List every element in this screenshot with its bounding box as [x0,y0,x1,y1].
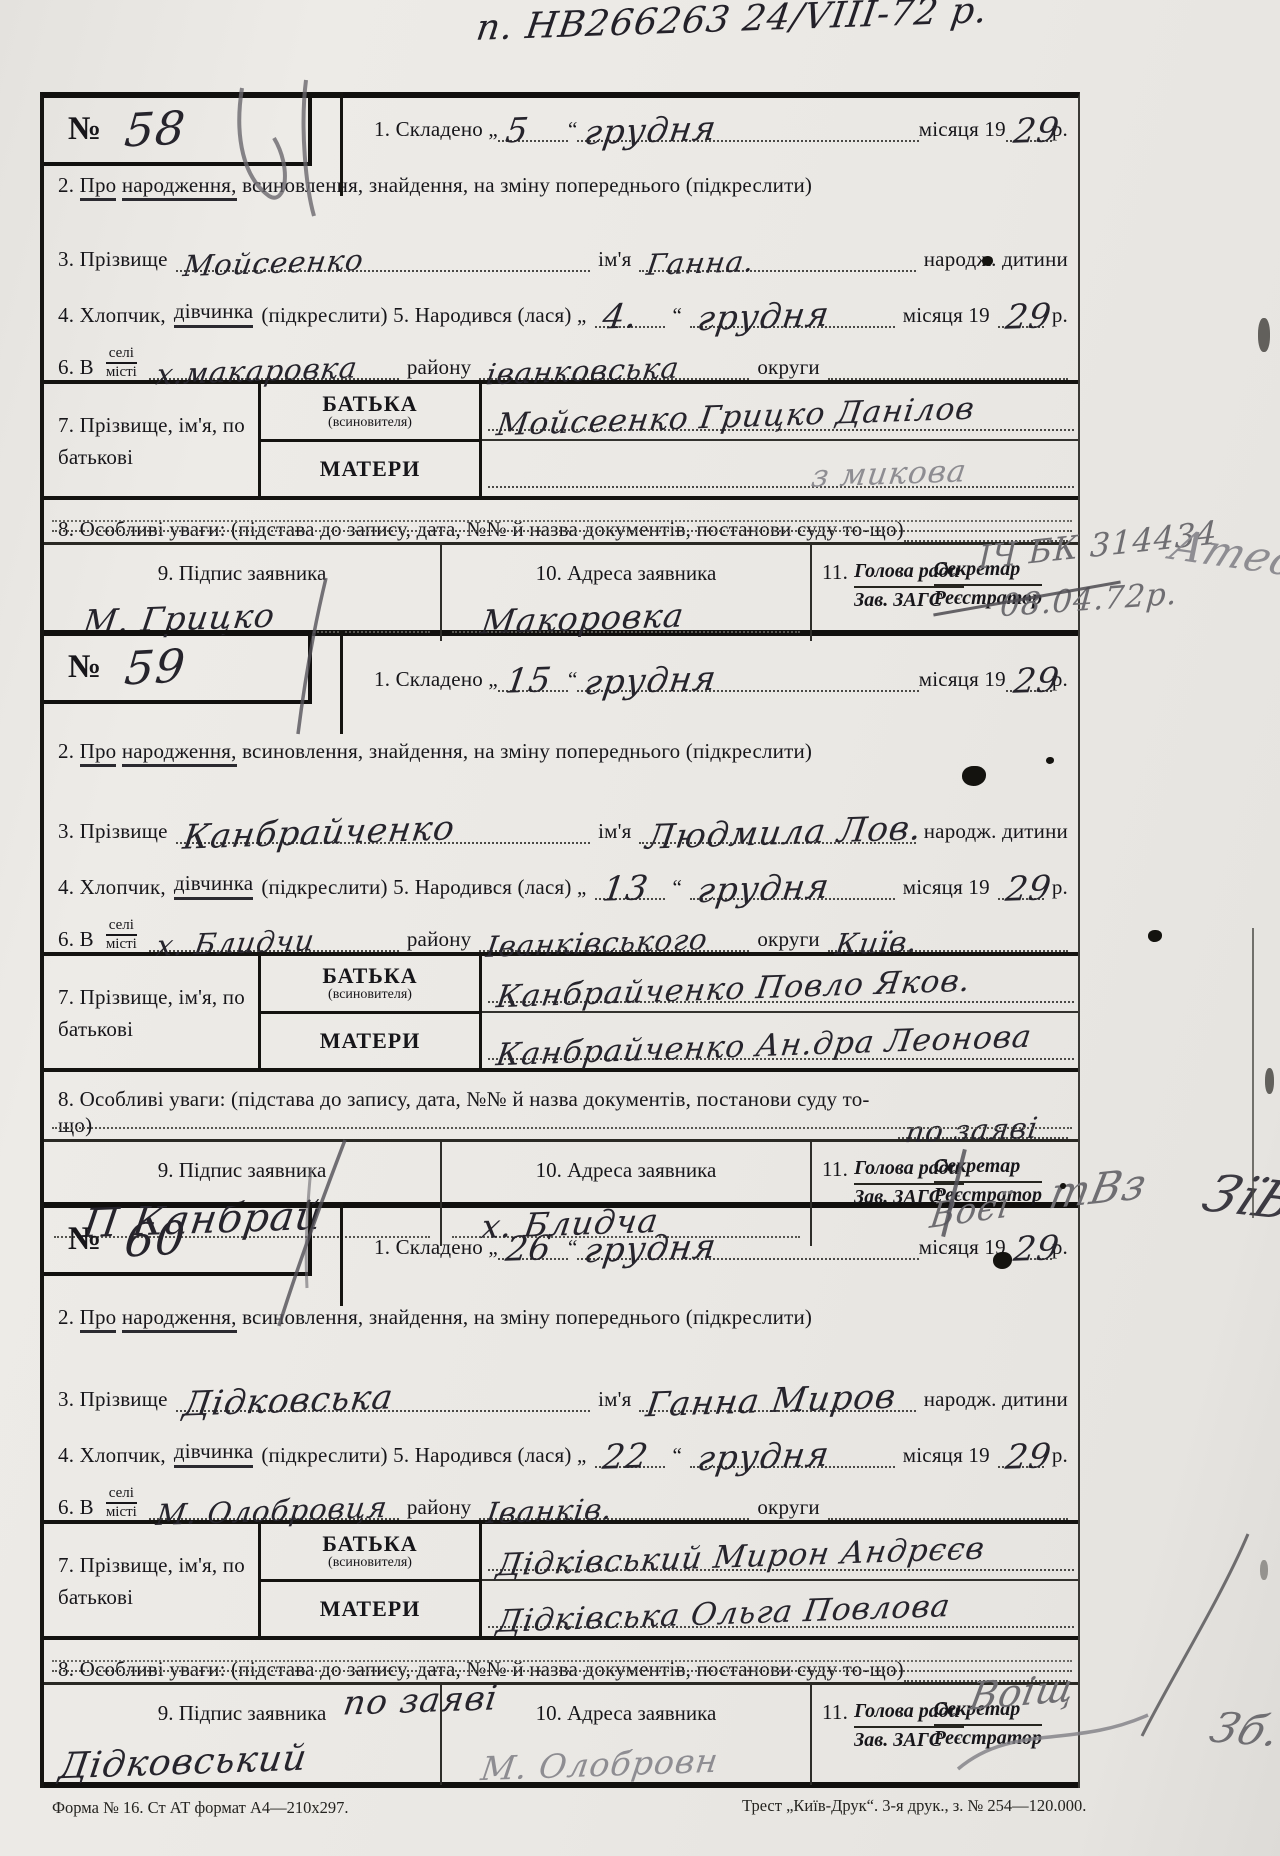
signature-label: 9. Підпис заявника [44,1685,440,1726]
label: (підкреслити) 5. Народився (лася) „ [261,874,586,900]
born-month: грудня [695,298,832,337]
child-name: Ганна Миров [644,1380,899,1423]
composed-month: грудня [583,662,720,701]
child-name: Ганна. [645,247,757,280]
label: “ [568,1234,578,1260]
adopter-label: (всиновителя) [261,415,479,431]
record-number-box: № 59 [44,630,312,704]
mother-label: МАТЕРИ [261,1028,479,1054]
adopter-label: (всиновителя) [261,1555,479,1571]
record-60: № 60 1. Складено „ 26 “ грудня місяця 19… [44,1208,1078,1788]
label: 6. В [58,1494,94,1520]
label: р. [1052,1442,1068,1468]
label: місяця 19 [919,666,1006,692]
born-day: 4. [600,299,639,334]
father-label: БАТЬКА [261,963,479,989]
okruha: Київ. [834,928,920,960]
label: всиновлення, знайдення, на зміну поперед… [242,739,812,763]
label: місті [106,936,137,953]
label: “ [673,302,683,328]
composed-year: 29 [1011,113,1061,149]
composed-line: 1. Складено „ 5 “ грудня місяця 19 29 р. [374,114,1068,142]
composed-line: 1. Складено „ 26 “ грудня місяця 19 29 р… [374,1232,1068,1260]
mother-cell: МАТЕРИ [261,1582,479,1637]
label: 3. Прізвище [58,246,168,272]
label: “ [673,874,683,900]
applicant-address: Макоровка [479,598,686,638]
label: місяця 19 [903,1442,990,1468]
field-2: 2. Про народження, всиновлення, знайденн… [44,162,1078,212]
label: 6. В [58,354,94,380]
mother-label: МАТЕРИ [261,1596,479,1622]
scanned-registry-page: п. НВ266263 24/VIII-72 р. № 58 1. Складе… [0,0,1280,1856]
village-town-choice: селі місті [106,345,137,380]
label: 6. В [58,926,94,952]
label: району [407,926,472,952]
record-58: № 58 1. Складено „ 5 “ грудня місяця 19 … [44,98,1078,636]
composed-day: 15 [503,663,553,699]
parents-label: 7. Прізвище, ім'я, по батькові [44,384,258,496]
label: 2. [58,173,74,197]
label: народж. дитини [924,818,1068,844]
address-label: 10. Адреса заявника [442,1142,810,1183]
label: ім'я [598,1386,631,1412]
page-fold-line [1252,928,1254,1218]
label-underlined: Про [80,739,117,767]
parents-box: БАТЬКА (всиновителя) МАТЕРИ [258,1524,482,1636]
field-7-parents: 7. Прізвище, ім'я, по батькові БАТЬКА (в… [44,952,1078,1072]
adopter-label: (всиновителя) [261,987,479,1003]
ink-blot [1148,930,1162,942]
label: народж. дитини [924,1386,1068,1412]
label: місяця 19 [903,302,990,328]
signature-label: 9. Підпис заявника [44,545,440,586]
field-3: 3. Прізвище Канбрайченко ім'я Людмила Ло… [44,778,1078,844]
born-month: грудня [695,870,832,909]
surname: Мойсеенко [181,246,365,281]
label: 4. Хлопчик, [58,302,166,328]
label-underlined: дівчинка [174,1438,253,1468]
village-town-choice: селі місті [106,917,137,952]
officials-cell: 11. Голова ради Зав. ЗАГС Секретар Реєст… [812,545,1078,641]
label: округи [757,1494,819,1520]
parents-box: БАТЬКА (всиновителя) МАТЕРИ [258,956,482,1068]
father-cell: БАТЬКА (всиновителя) [261,384,479,442]
label: народж. дитини [924,246,1068,272]
label: 3. Прізвище [58,1386,168,1412]
field-6: 6. В селі місті М. Олобровця району Іван… [44,1468,1078,1520]
form-imprint-left: Форма № 16. Ст АТ формат А4—210x297. [52,1798,349,1818]
mother-name: Дідківська Ольга Повлова [495,1591,953,1638]
remarks-label: 8. Особливі уваги: (підстава до запису, … [58,1086,898,1139]
composed-month: грудня [583,112,720,151]
label: 1. Складено „ [374,1234,498,1260]
mother-cell: МАТЕРИ [261,1014,479,1069]
label-underlined: народження, [122,1305,237,1333]
divider [340,1202,343,1306]
village: М. Олобровця [154,1493,389,1530]
parents-label: 7. Прізвище, ім'я, по батькові [44,956,258,1068]
label: району [407,354,472,380]
parents-entries: Дідківський Мирон Андрєєв Дідківська Оль… [482,1524,1078,1636]
field-6: 6. В селі місті х. Блидчи району Іванків… [44,900,1078,952]
record-header: № 58 1. Складено „ 5 “ грудня місяця 19 … [44,98,1078,162]
composed-line: 1. Складено „ 15 “ грудня місяця 19 29 р… [374,664,1068,692]
record-number-box: № 60 [44,1202,312,1276]
secretary-signature: ЗїЬ [1195,1168,1280,1227]
signature-row: 9. Підпис заявника Дідковський 10. Адрес… [44,1682,1078,1785]
label: (підкреслити) 5. Народився (лася) „ [261,302,586,328]
label: селі [106,917,137,936]
registry-form: № 58 1. Складено „ 5 “ грудня місяця 19 … [40,92,1080,1788]
village: х. Блидчи [154,926,316,960]
label: 4. Хлопчик, [58,874,166,900]
composed-year: 29 [1011,1231,1061,1267]
label: місяця 19 [903,874,990,900]
child-name: Людмила Лов. [644,811,924,855]
composed-day: 5 [503,114,531,149]
paper-edge-mark [1260,1560,1268,1580]
field-7-parents: 7. Прізвище, ім'я, по батькові БАТЬКА (в… [44,1520,1078,1640]
mother-label: МАТЕРИ [261,456,479,482]
paper-edge-mark [1265,1068,1274,1094]
paper-edge-mark [1258,318,1270,352]
field-8-remarks: 8. Особливі уваги: (підстава до запису, … [44,1072,1078,1139]
applicant-address: М. Олобровн [479,1744,721,1785]
surname: Канбрайченко [180,811,456,854]
born-month: грудня [695,1438,832,1477]
label: селі [106,1485,137,1504]
label: ім'я [598,818,631,844]
divider [340,92,343,196]
label: Реєстратор [934,1726,1042,1751]
signature-row: 9. Підпис заявника М. Грицко 10. Адреса … [44,542,1078,641]
field-2: 2. Про народження, всиновлення, знайденн… [44,1294,1078,1346]
address-label: 10. Адреса заявника [442,1685,810,1726]
record-59: № 59 1. Складено „ 15 “ грудня місяця 19… [44,636,1078,1208]
parents-box: БАТЬКА (всиновителя) МАТЕРИ [258,384,482,496]
number-sign: № [68,1221,101,1258]
composed-day: 26 [503,1231,553,1267]
label: всиновлення, знайдення, на зміну поперед… [242,1305,812,1329]
label: 2. [58,739,74,763]
head-signature: Воіщ [966,1668,1078,1716]
edge-signature: Атед [1165,525,1280,583]
composed-year: 29 [1011,663,1061,699]
born-day: 13 [600,871,650,907]
label: ім'я [598,246,631,272]
father-label: БАТЬКА [261,391,479,417]
divider [340,630,343,734]
printer-imprint-right: Трест „Київ-Друк“. 3-я друк., з. № 254—1… [742,1796,1086,1816]
label: (підкреслити) 5. Народився (лася) „ [261,1442,586,1468]
edge-signature: Зб. [1205,1707,1280,1753]
label: 11. [812,559,854,585]
label: “ [568,116,578,142]
surname: Дідковська [181,1380,396,1421]
record-header: № 59 1. Складено „ 15 “ грудня місяця 19… [44,636,1078,728]
applicant-signature: Дідковський [57,1741,310,1786]
label-underlined: дівчинка [174,298,253,328]
label: Секретар [934,1154,1042,1183]
label-underlined: Про [80,1305,117,1333]
label: “ [568,666,578,692]
label: округи [757,354,819,380]
parents-label: 7. Прізвище, ім'я, по батькові [44,1524,258,1636]
record-number: 58 [123,104,188,153]
address-label: 10. Адреса заявника [442,545,810,586]
label: 1. Складено „ [374,116,498,142]
label: р. [1052,874,1068,900]
label: р. [1052,302,1068,328]
parents-entries: Мойсеенко Грицко Данілов з микова [482,384,1078,496]
label-underlined: Про [80,173,117,201]
applicant-address-cell: 10. Адреса заявника Макоровка [442,545,812,641]
field-6: 6. В селі місті х.макаровка району іванк… [44,328,1078,380]
born-year: 29 [1003,871,1053,907]
label: місті [106,364,137,381]
label: селі [106,345,137,364]
born-year: 29 [1003,299,1053,335]
parents-entries: Канбрайченко Повло Яков. Канбрайченко Ан… [482,956,1078,1068]
applicant-signature-cell: 9. Підпис заявника Дідковський [44,1685,442,1785]
mother-name: з микова [809,456,968,492]
label: 3. Прізвище [58,818,168,844]
officials-cell: 11. Голова ради Зав. ЗАГС Секретар Реєст… [812,1685,1078,1785]
mother-name: Канбрайченко Ан.дра Леонова [494,1022,1034,1072]
mother-cell: МАТЕРИ [261,442,479,497]
father-name: Дідківський Мирон Андрєєв [494,1534,986,1582]
field-7-parents: 7. Прізвище, ім'я, по батькові БАТЬКА (в… [44,380,1078,500]
composed-month: грудня [583,1230,720,1269]
village: х.макаровка [154,354,359,390]
label: району [407,1494,472,1520]
signature-label: 9. Підпис заявника [44,1142,440,1183]
father-cell: БАТЬКА (всиновителя) [261,956,479,1014]
field-3: 3. Прізвище Мойсеенко ім'я Ганна. народж… [44,212,1078,272]
record-header: № 60 1. Складено „ 26 “ грудня місяця 19… [44,1208,1078,1294]
label: округи [757,926,819,952]
label: 11. [812,1699,854,1725]
label: всиновлення, знайдення, на зміну поперед… [242,173,812,197]
label: “ [673,1442,683,1468]
born-year: 29 [1003,1439,1053,1475]
record-number: 60 [123,1214,188,1263]
field-3: 3. Прізвище Дідковська ім'я Ганна Миров … [44,1346,1078,1412]
born-day: 22 [600,1439,650,1475]
label-underlined: народження, [122,739,237,767]
label: 4. Хлопчик, [58,1442,166,1468]
father-cell: БАТЬКА (всиновителя) [261,1524,479,1582]
label: 2. [58,1305,74,1329]
applicant-address-cell: 10. Адреса заявника М. Олобровн [442,1685,812,1785]
field-8-remarks: 8. Особливі уваги: (підстава до запису, … [44,1640,1078,1682]
applicant-signature-cell: 9. Підпис заявника М. Грицко [44,545,442,641]
number-sign: № [68,111,101,148]
label: місяця 19 [919,116,1006,142]
father-label: БАТЬКА [261,1531,479,1557]
father-name: Канбрайченко Повло Яков. [495,966,973,1013]
label: місті [106,1504,137,1521]
father-name: Мойсеенко Грицко Данілов [494,394,976,442]
label: 1. Складено „ [374,666,498,692]
field-8-remarks: 8. Особливі уваги: (підстава до запису, … [44,500,1078,542]
record-number: 59 [123,642,188,691]
record-number-box: № 58 [44,92,312,166]
village-town-choice: селі місті [106,1485,137,1520]
archival-annotation: п. НВ266263 24/VIII-72 р. [474,0,990,47]
label-underlined: дівчинка [174,870,253,900]
label-underlined: народження, [122,173,237,201]
label: 11. [812,1156,854,1182]
field-2: 2. Про народження, всиновлення, знайденн… [44,728,1078,778]
number-sign: № [68,649,101,686]
